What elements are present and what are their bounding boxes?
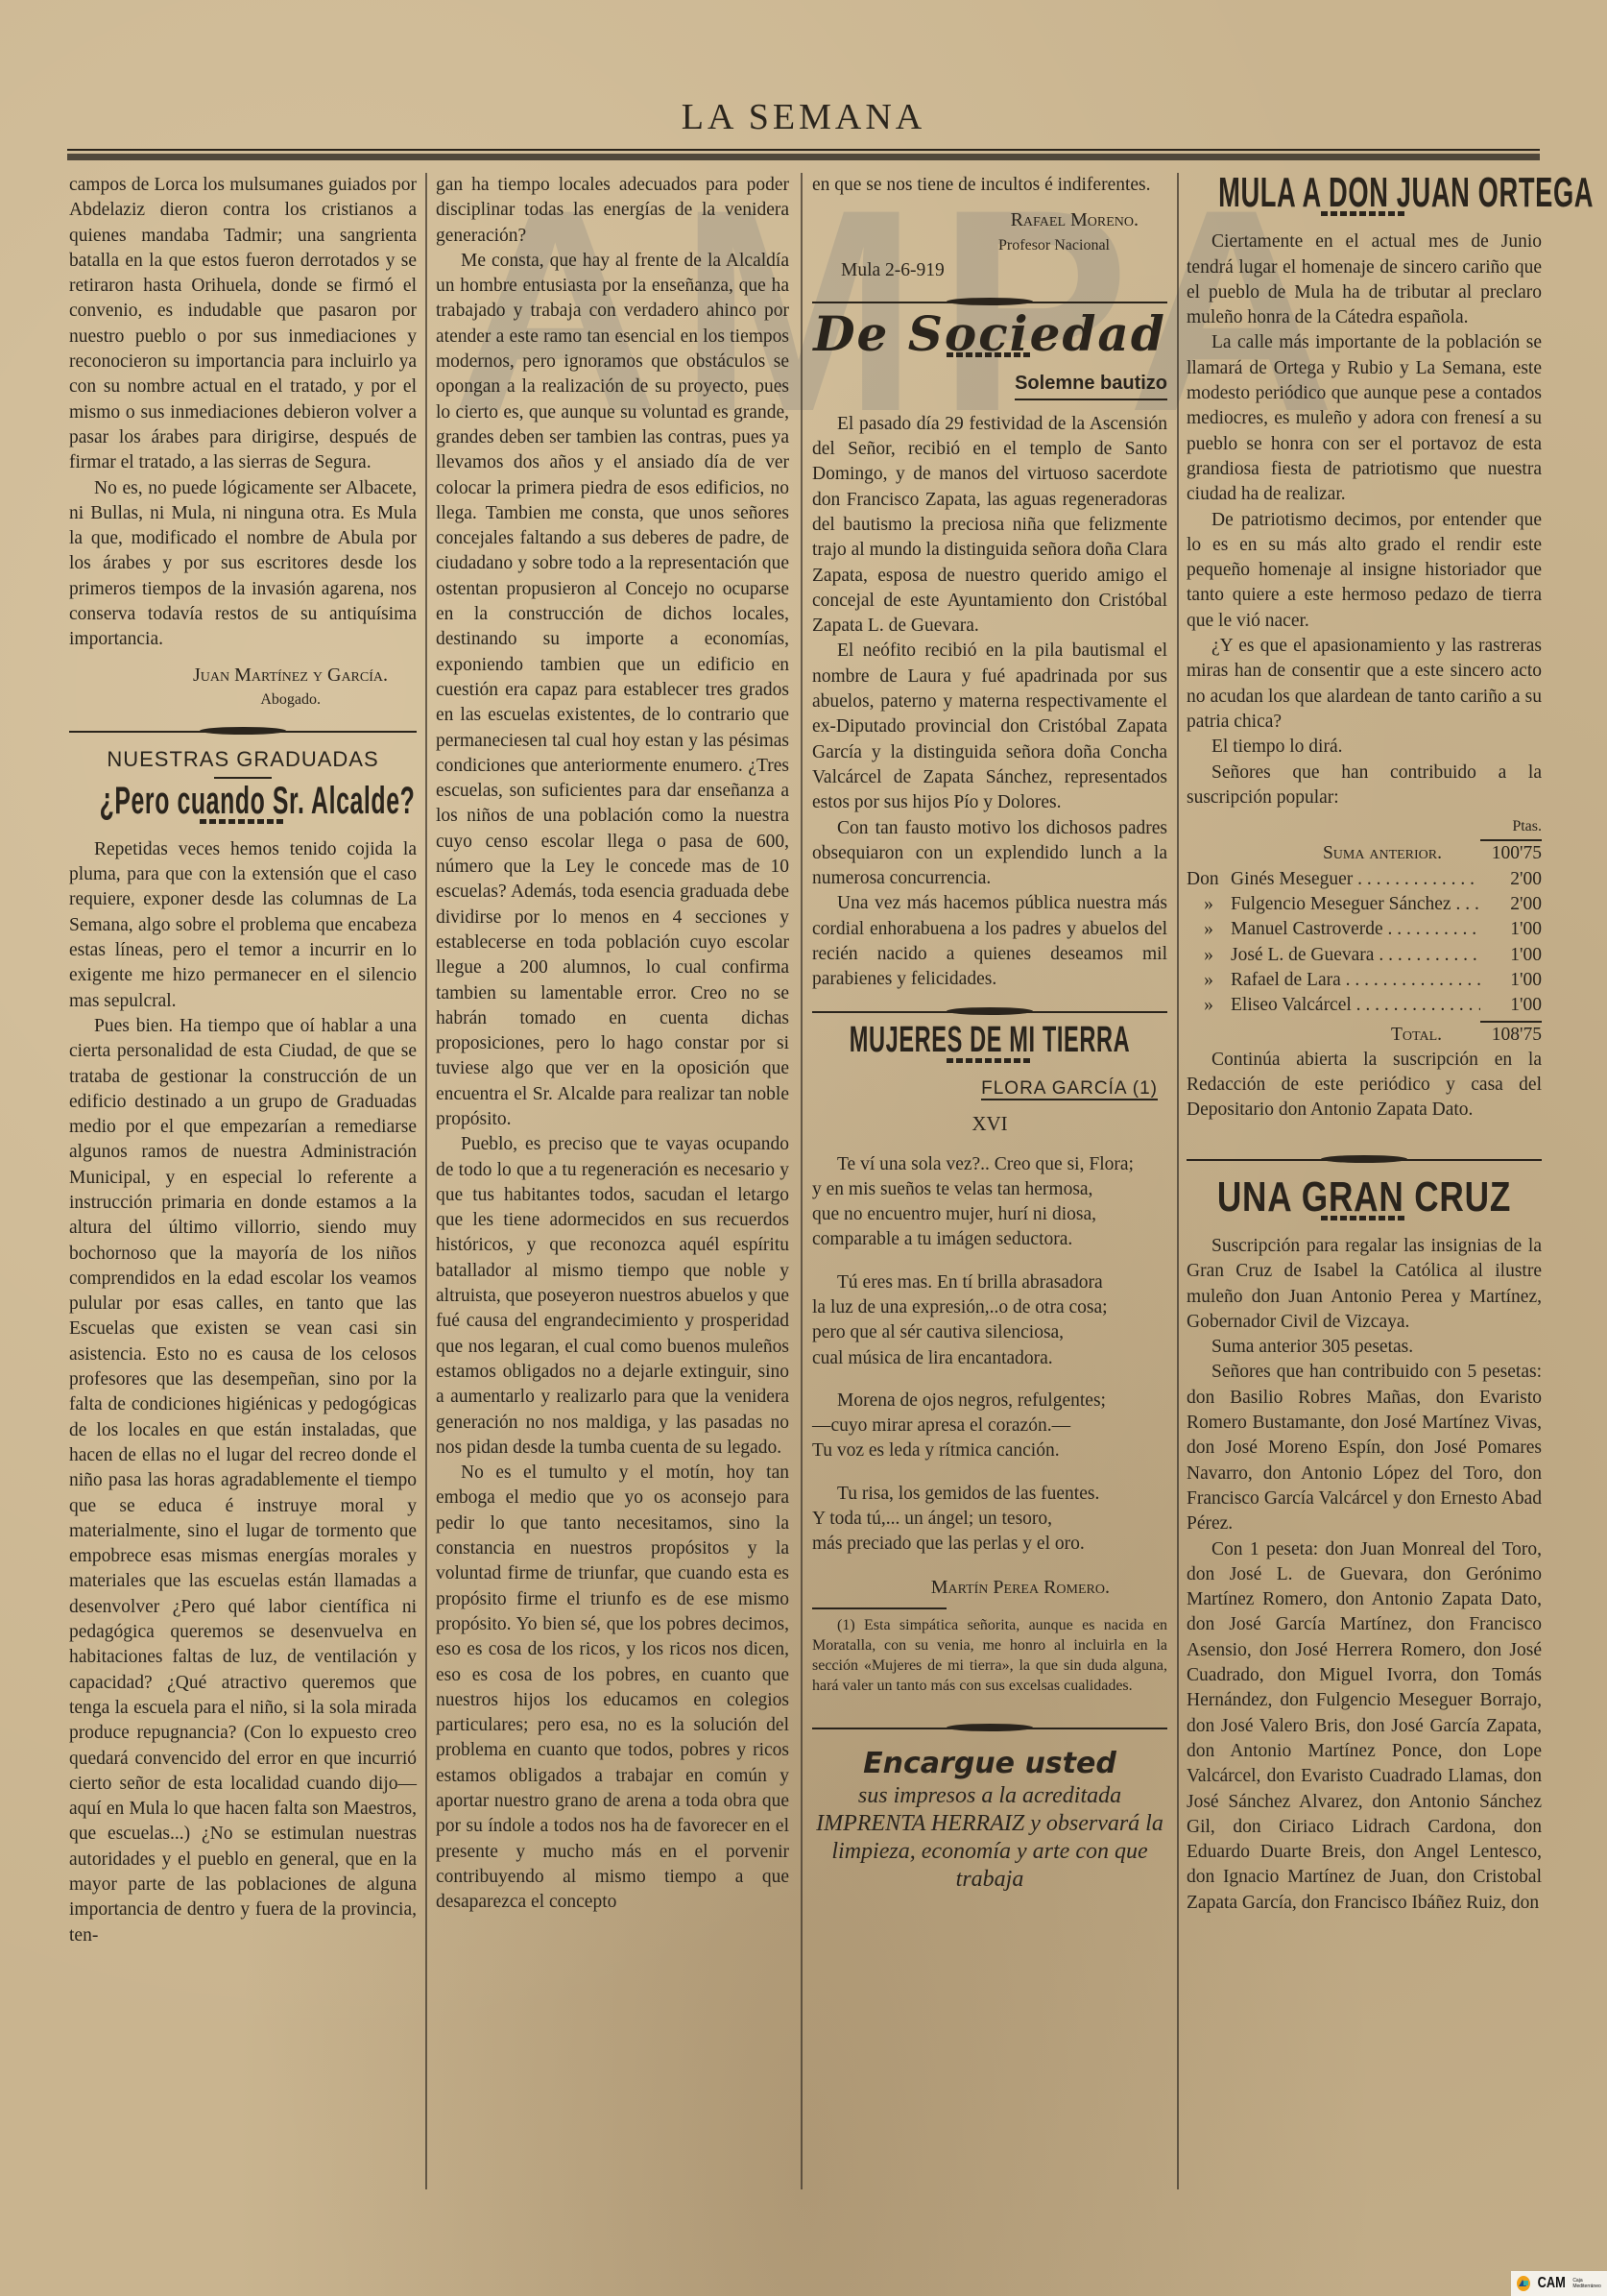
- article-paragraph: Señores que han contribuido a la suscrip…: [1187, 761, 1542, 811]
- article-paragraph: Me consta, que hay al frente de la Alcal…: [436, 249, 789, 1132]
- total-row: Total. 108'75: [1187, 1023, 1542, 1048]
- donor-amount: 2'00: [1480, 867, 1542, 892]
- donor-name-text: Eliseo Valcárcel: [1231, 995, 1352, 1015]
- donor-prefix: Don: [1187, 867, 1231, 892]
- poem-line: Tu risa, los gemidos de las fuentes.: [812, 1482, 1167, 1507]
- article-paragraph: El pasado día 29 festividad de la Ascens…: [812, 412, 1167, 640]
- donor-name-text: Fulgencio Meseguer Sánchez: [1231, 894, 1451, 914]
- column-divider: [1177, 173, 1179, 2189]
- article-kicker: NUESTRAS GRADUADAS: [69, 747, 417, 772]
- column-divider: [425, 173, 427, 2189]
- donor-name: Manuel Castroverde: [1231, 917, 1480, 942]
- footnote-rule: [812, 1607, 947, 1609]
- article-paragraph: Continúa abierta la suscripción en la Re…: [1187, 1048, 1542, 1124]
- article-paragraph: Repetidas veces hemos tenido cojida la p…: [69, 837, 417, 1014]
- poem-line: que no encuentro mujer, hurí ni diosa,: [812, 1202, 1167, 1227]
- article-paragraph: Suscripción para regalar las insignias d…: [1187, 1234, 1542, 1335]
- advertisement-body: sus impresos a la acreditada IMPRENTA HE…: [812, 1782, 1167, 1894]
- article-paragraph: campos de Lorca los mulsumanes guiados p…: [69, 173, 417, 476]
- author-signature: Rafael Moreno.: [812, 207, 1167, 232]
- donor-prefix: »: [1187, 892, 1231, 917]
- donor-name-text: Ginés Meseguer: [1231, 869, 1353, 889]
- article-paragraph: gan ha tiempo locales adecuados para pod…: [436, 173, 789, 249]
- article-headline: UNA GRAN CRUZ: [1176, 1185, 1552, 1210]
- kicker-rule: [214, 777, 272, 779]
- poem-stanza: Tú eres mas. En tí brilla abrasadorala l…: [812, 1270, 1167, 1371]
- section-divider: [69, 724, 417, 739]
- article-paragraph: ¿Y es que el apasionamiento y las rastre…: [1187, 634, 1542, 735]
- poem-stanza: Tu risa, los gemidos de las fuentes.Y to…: [812, 1482, 1167, 1558]
- section-divider: [812, 1004, 1167, 1020]
- previous-sum-label: Suma anterior.: [1323, 841, 1442, 866]
- cam-logo-icon: [1517, 2276, 1530, 2291]
- dateline: Mula 2-6-919: [812, 258, 1167, 283]
- article-paragraph: El neófito recibió en la pila bautismal …: [812, 639, 1167, 815]
- article-paragraph: Ciertamente en el actual mes de Junio te…: [1187, 230, 1542, 330]
- article-paragraph: Una vez más hacemos pública nuestra más …: [812, 891, 1167, 992]
- donor-amount: 1'00: [1480, 943, 1542, 968]
- poem-line: Morena de ojos negros, refulgentes;: [812, 1389, 1167, 1414]
- poem-line: comparable a tu imágen seductora.: [812, 1227, 1167, 1252]
- article-headline: ¿Pero cuando Sr. Alcalde?: [100, 788, 387, 813]
- article-paragraph: en que se nos tiene de incultos é indife…: [812, 173, 1167, 198]
- article-paragraph: Con tan fausto motivo los dichosos padre…: [812, 816, 1167, 892]
- poem-stanza: Morena de ojos negros, refulgentes;—cuyo…: [812, 1389, 1167, 1464]
- poem-stanza: Te ví una sola vez?.. Creo que si, Flora…: [812, 1152, 1167, 1253]
- donor-name-text: Manuel Castroverde: [1231, 919, 1383, 939]
- donor-amount: 1'00: [1480, 968, 1542, 993]
- article-paragraph: Pues bien. Ha tiempo que oí hablar a una…: [69, 1014, 417, 1948]
- total-amount: 108'75: [1480, 1023, 1542, 1048]
- article-paragraph: No es, no puede lógicamente ser Albacete…: [69, 476, 417, 653]
- article-paragraph: De patriotismo decimos, por entender que…: [1187, 508, 1542, 634]
- donor-prefix: »: [1187, 993, 1231, 1018]
- poem-line: Tu voz es leda y rítmica canción.: [812, 1438, 1167, 1463]
- poem-line: cual música de lira encantadora.: [812, 1346, 1167, 1371]
- poem-line: y en mis sueños te velas tan hermosa,: [812, 1177, 1167, 1202]
- currency-label: Ptas.: [1187, 814, 1542, 839]
- column-divider: [801, 173, 803, 2189]
- subscription-rows: DonGinés Meseguer2'00»Fulgencio Meseguer…: [1187, 867, 1542, 1019]
- subscription-table: Ptas. Suma anterior. 100'75 DonGinés Mes…: [1187, 814, 1542, 1048]
- section-title: De Sociedad: [812, 322, 1167, 347]
- article-paragraph: Pueblo, es preciso que te vayas ocupando…: [436, 1132, 789, 1461]
- section-divider: [812, 1721, 1167, 1736]
- previous-sum-row: Suma anterior. 100'75: [1187, 841, 1542, 866]
- poem-line: la luz de una expresión,..o de otra cosa…: [812, 1295, 1167, 1320]
- article-paragraph: Suma anterior 305 pesetas.: [1187, 1335, 1542, 1360]
- poem-number: XVI: [812, 1111, 1167, 1136]
- donor-name: Rafael de Lara: [1231, 968, 1480, 993]
- previous-sum-amount: 100'75: [1480, 841, 1542, 866]
- article-paragraph: Señores que han contribuido con 5 peseta…: [1187, 1360, 1542, 1536]
- donor-name: José L. de Guevara: [1231, 943, 1480, 968]
- subscription-row: »Manuel Castroverde1'00: [1187, 917, 1542, 942]
- subscription-row: »Fulgencio Meseguer Sánchez2'00: [1187, 892, 1542, 917]
- donor-name: Ginés Meseguer: [1231, 867, 1480, 892]
- subscription-row: »Eliseo Valcárcel1'00: [1187, 993, 1542, 1018]
- donor-name: Fulgencio Meseguer Sánchez: [1231, 892, 1480, 917]
- column-3: en que se nos tiene de incultos é indife…: [812, 173, 1167, 2209]
- section-divider: [812, 295, 1167, 310]
- article-paragraph: Con 1 peseta: don Juan Monreal del Toro,…: [1187, 1537, 1542, 1916]
- donor-amount: 1'00: [1480, 993, 1542, 1018]
- author-role: Profesor Nacional: [812, 233, 1167, 258]
- poem-dedicatee: FLORA GARCÍA (1): [812, 1076, 1158, 1101]
- donor-amount: 1'00: [1480, 917, 1542, 942]
- archive-logo: CAM Caja Mediterráneo: [1511, 2271, 1607, 2296]
- logo-subtitle: Caja Mediterráneo: [1572, 2278, 1607, 2289]
- article-paragraph: No es el tumulto y el motín, hoy tan emb…: [436, 1461, 789, 1915]
- donor-name: Eliseo Valcárcel: [1231, 993, 1480, 1018]
- masthead-title: LA SEMANA: [0, 96, 1607, 138]
- poem-line: Y toda tú,... un ángel; un tesoro,: [812, 1507, 1167, 1532]
- poem-line: pero que al sér cautiva silenciosa,: [812, 1320, 1167, 1345]
- subscription-row: »Rafael de Lara1'00: [1187, 968, 1542, 993]
- column-4: MULA A DON JUAN ORTEGA Ciertamente en el…: [1187, 173, 1542, 2209]
- column-2: gan ha tiempo locales adecuados para pod…: [436, 173, 789, 2209]
- author-signature: Juan Martínez y García.: [69, 663, 417, 688]
- subscription-row: »José L. de Guevara1'00: [1187, 943, 1542, 968]
- poem: Te ví una sola vez?.. Creo que si, Flora…: [812, 1152, 1167, 1558]
- masthead-rule-thick: [67, 154, 1540, 160]
- donor-amount: 2'00: [1480, 892, 1542, 917]
- donor-name-text: Rafael de Lara: [1231, 970, 1341, 990]
- advertisement-title: Encargue usted: [812, 1752, 1167, 1776]
- donor-name-text: José L. de Guevara: [1231, 945, 1374, 965]
- subscription-row: DonGinés Meseguer2'00: [1187, 867, 1542, 892]
- total-label: Total.: [1391, 1023, 1442, 1048]
- footnote: (1) Esta simpática señorita, aunque es n…: [812, 1615, 1167, 1696]
- section-divider: [1187, 1152, 1542, 1168]
- poem-line: más preciado que las perlas y el oro.: [812, 1532, 1167, 1557]
- donor-prefix: »: [1187, 968, 1231, 993]
- masthead-rule-thin: [67, 149, 1540, 151]
- logo-name: CAM: [1538, 2275, 1566, 2292]
- poem-line: Tú eres mas. En tí brilla abrasadora: [812, 1270, 1167, 1295]
- article-subhead: Solemne bautizo: [1015, 371, 1167, 399]
- poem-signature: Martín Perea Romero.: [812, 1575, 1167, 1600]
- poem-line: Te ví una sola vez?.. Creo que si, Flora…: [812, 1152, 1167, 1177]
- column-1: campos de Lorca los mulsumanes guiados p…: [69, 173, 417, 2209]
- author-role: Abogado.: [69, 688, 417, 713]
- poem-section-title: MUJERES DE MI TIERRA: [844, 1027, 1136, 1052]
- donor-prefix: »: [1187, 943, 1231, 968]
- article-paragraph: El tiempo lo dirá.: [1187, 735, 1542, 760]
- donor-prefix: »: [1187, 917, 1231, 942]
- article-headline: MULA A DON JUAN ORTEGA: [1218, 181, 1510, 205]
- poem-line: —cuyo mirar apresa el corazón.—: [812, 1414, 1167, 1438]
- article-paragraph: La calle más importante de la población …: [1187, 330, 1542, 507]
